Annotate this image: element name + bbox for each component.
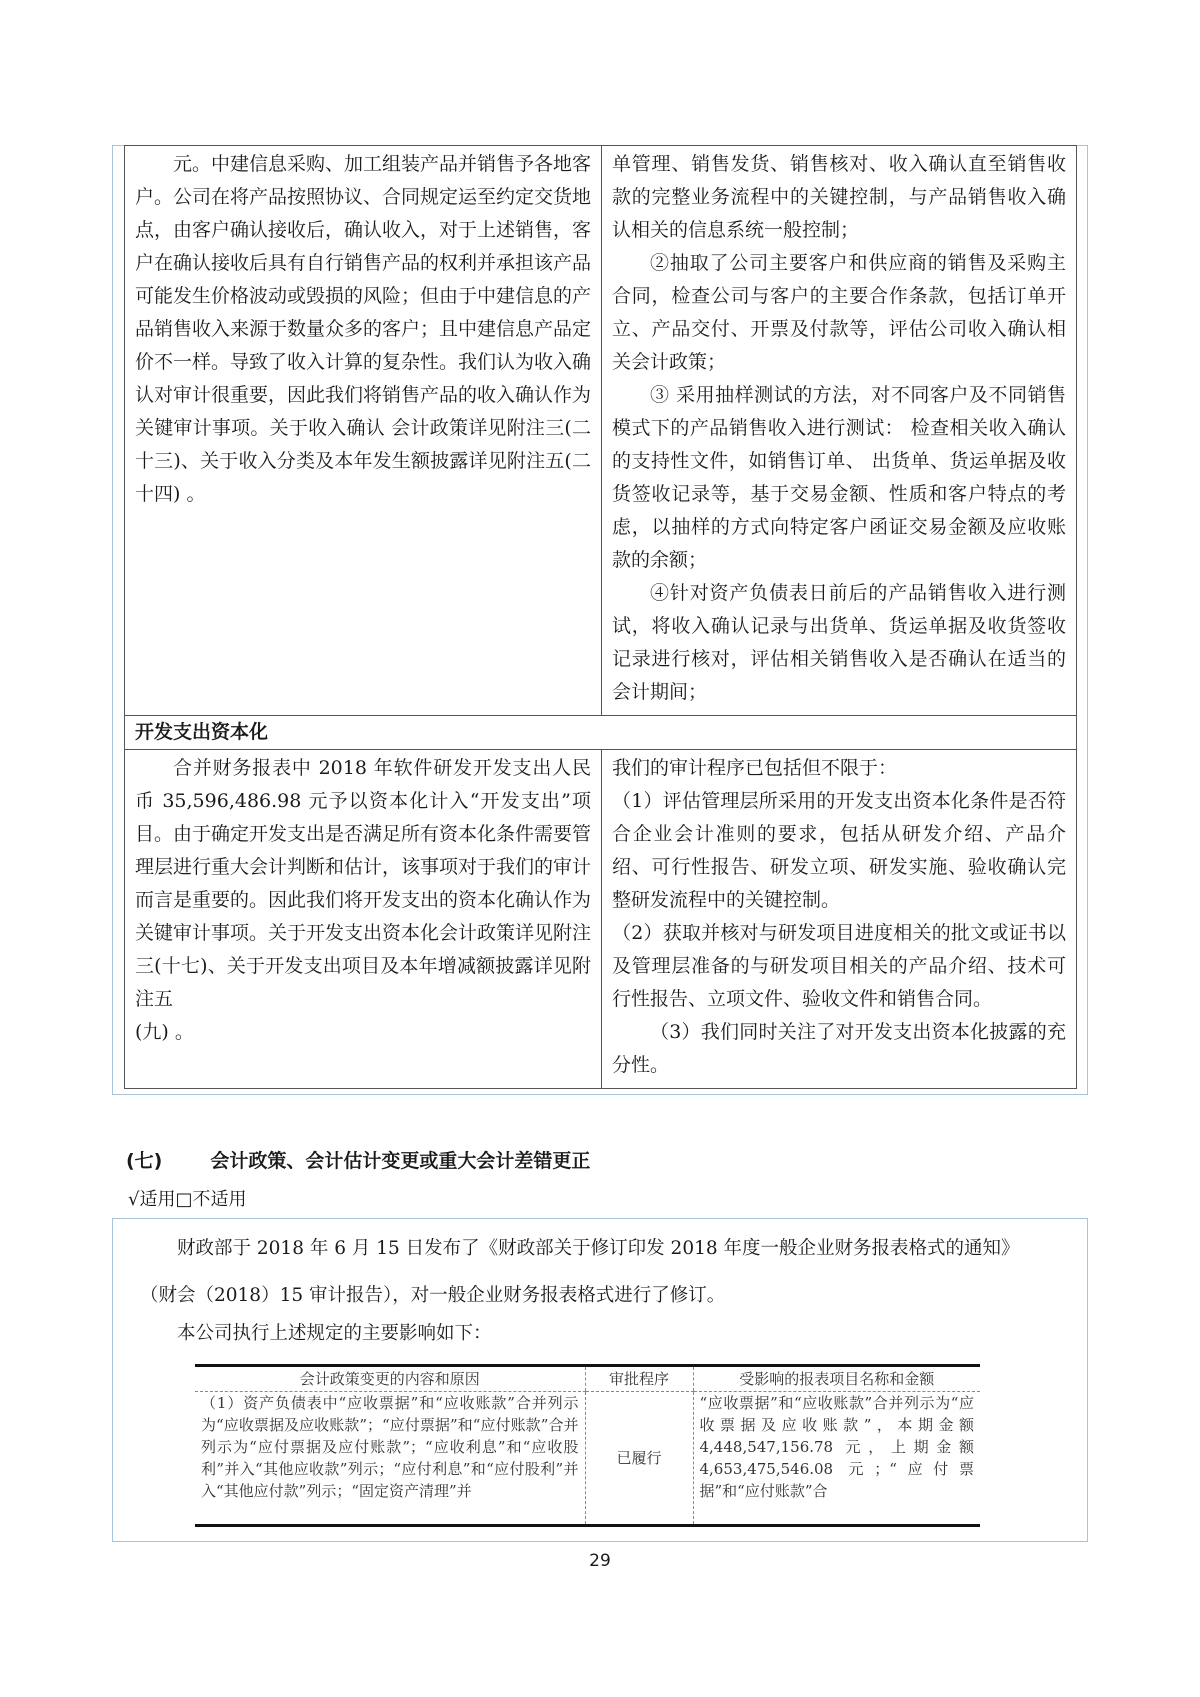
column-header: 受影响的报表项目名称和金额 xyxy=(693,1366,980,1392)
column-header: 审批程序 xyxy=(585,1366,693,1392)
approval-cell: 已履行 xyxy=(585,1392,693,1526)
table-row: 合并财务报表中 2018 年软件研发开发支出人民币 35,596,486.98 … xyxy=(125,750,1077,1089)
paragraph: （3）我们同时关注了对开发支出资本化披露的充分性。 xyxy=(612,1016,1066,1082)
paragraph: 财政部于 2018 年 6 月 15 日发布了《财政部关于修订印发 2018 年… xyxy=(140,1235,1070,1263)
paragraph: 合并财务报表中 2018 年软件研发开发支出人民币 35,596,486.98 … xyxy=(135,752,591,1016)
policy-change-table: 会计政策变更的内容和原因 审批程序 受影响的报表项目名称和金额 （1）资产负债表… xyxy=(195,1364,980,1527)
affected-items-cell: “应收票据”和“应收账款”合并列示为“应收票据及应收账款”，本期金额 4,448… xyxy=(693,1392,980,1526)
table-row: 开发支出资本化 xyxy=(125,716,1077,750)
paragraph: ④针对资产负债表日前后的产品销售收入进行测试，将收入确认记录与出货单、货运单据及… xyxy=(612,577,1066,709)
capitalization-audit-response: 我们的审计程序已包括但不限于： （1）评估管理层所采用的开发支出资本化条件是否符… xyxy=(602,750,1077,1089)
revenue-audit-response: 单管理、销售发货、销售核对、收入确认直至销售收款的完整业务流程中的关键控制，与产… xyxy=(602,146,1077,716)
paragraph: (九) 。 xyxy=(135,1016,591,1049)
page-number: 29 xyxy=(0,1551,1200,1571)
column-header: 会计政策变更的内容和原因 xyxy=(195,1366,585,1392)
revenue-matter-description: 元。中建信息采购、加工组装产品并销售予各地客户。公司在将产品按照协议、合同规定运… xyxy=(125,146,602,716)
matter-title: 开发支出资本化 xyxy=(125,716,1077,750)
table-header-row: 会计政策变更的内容和原因 审批程序 受影响的报表项目名称和金额 xyxy=(195,1366,980,1392)
paragraph: 单管理、销售发货、销售核对、收入确认直至销售收款的完整业务流程中的关键控制，与产… xyxy=(612,148,1066,247)
paragraph: 元。中建信息采购、加工组装产品并销售予各地客户。公司在将产品按照协议、合同规定运… xyxy=(135,148,591,511)
paragraph: ②抽取了公司主要客户和供应商的销售及采购主合同，检查公司与客户的主要合作条款，包… xyxy=(612,247,1066,379)
table-row: 元。中建信息采购、加工组装产品并销售予各地客户。公司在将产品按照协议、合同规定运… xyxy=(125,146,1077,716)
paragraph: ③ 采用抽样测试的方法，对不同客户及不同销售模式下的产品销售收入进行测试： 检查… xyxy=(612,379,1066,577)
change-content-cell: （1）资产负债表中“应收票据”和“应收账款”合并列示为“应收票据及应收账款”；“… xyxy=(195,1392,585,1526)
paragraph: 本公司执行上述规定的主要影响如下： xyxy=(140,1320,492,1348)
section-number: (七) xyxy=(126,1146,162,1176)
paragraph: （财会（2018）15 审计报告），对一般企业财务报表格式进行了修订。 xyxy=(140,1282,725,1310)
paragraph: （1）评估管理层所采用的开发支出资本化条件是否符合企业会计准则的要求，包括从研发… xyxy=(612,785,1066,917)
paragraph: 我们的审计程序已包括但不限于： xyxy=(612,752,1066,785)
section-heading: (七) 会计政策、会计估计变更或重大会计差错更正 xyxy=(126,1146,590,1176)
paragraph: （2）获取并核对与研发项目进度相关的批文或证书以及管理层准备的与研发项目相关的产… xyxy=(612,917,1066,1016)
table-row: （1）资产负债表中“应收票据”和“应收账款”合并列示为“应收票据及应收账款”；“… xyxy=(195,1392,980,1526)
section-title: 会计政策、会计估计变更或重大会计差错更正 xyxy=(210,1146,590,1176)
capitalization-matter-description: 合并财务报表中 2018 年软件研发开发支出人民币 35,596,486.98 … xyxy=(125,750,602,1089)
key-audit-matters-table: 元。中建信息采购、加工组装产品并销售予各地客户。公司在将产品按照协议、合同规定运… xyxy=(124,145,1077,1089)
applicability-checkbox-text: √适用□不适用 xyxy=(128,1186,246,1214)
